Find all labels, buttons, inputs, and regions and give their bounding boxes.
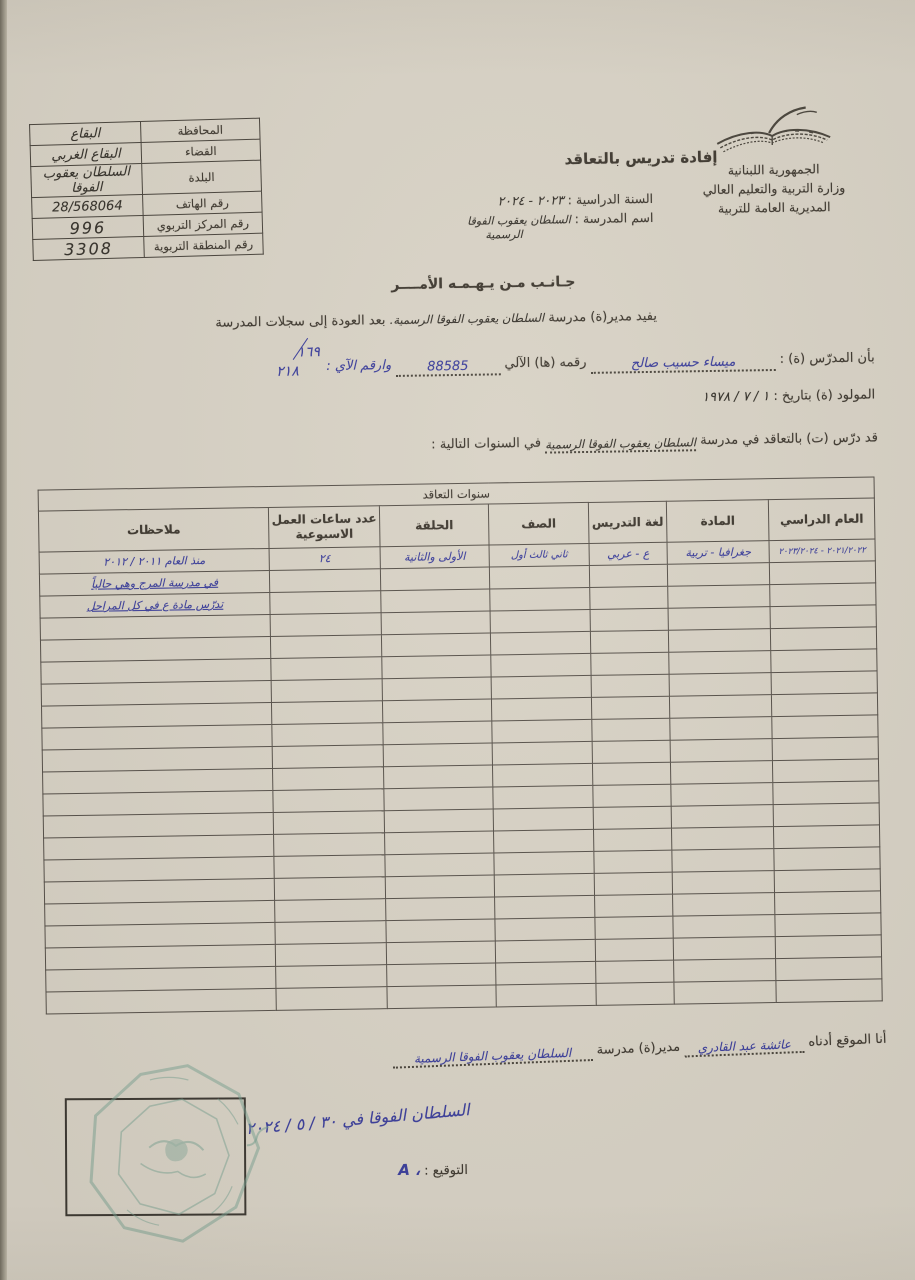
contract-cell xyxy=(273,811,384,835)
contract-years-table: سنوات التعاقد العام الدراسيالمادةلغة الت… xyxy=(38,476,883,1014)
contract-cell xyxy=(384,765,493,789)
contract-cell xyxy=(674,981,776,1005)
contract-cell xyxy=(270,635,381,659)
contract-cell xyxy=(593,784,671,807)
contract-cell xyxy=(276,965,387,989)
contract-cell xyxy=(775,913,881,937)
contract-cell xyxy=(385,875,494,899)
contract-cell: جغرافيا - تربية xyxy=(667,541,769,565)
contract-cell xyxy=(493,763,593,787)
contract-cell xyxy=(272,701,383,725)
contract-cell xyxy=(594,828,672,851)
contract-cell: ع - عربي xyxy=(589,542,667,565)
body-line-birthdate: المولود (ة) بتاريخ : ١ / ٧ / ١٩٧٨ xyxy=(702,387,875,405)
contract-cell xyxy=(771,649,877,673)
signature-mark: A ، xyxy=(398,1161,420,1179)
contract-cell xyxy=(595,938,673,961)
school-year-label: السنة الدراسية : xyxy=(568,191,654,207)
contract-cell xyxy=(387,963,496,987)
auto-number-label: رقمه (ها) الآلي xyxy=(504,355,586,371)
contract-cell xyxy=(770,583,876,607)
contract-cell xyxy=(771,693,877,717)
contract-cell xyxy=(776,979,882,1003)
contract-cell xyxy=(384,787,493,811)
contract-cell xyxy=(495,939,595,963)
contract-cell xyxy=(386,919,495,943)
birthdate-label: المولود (ة) بتاريخ : xyxy=(773,387,875,404)
contract-cell xyxy=(594,850,672,873)
contract-cell xyxy=(491,697,591,721)
contract-cell xyxy=(593,806,671,829)
principal-name: عائشة عبد القادري xyxy=(684,1038,804,1058)
auto-number-value: 88585 xyxy=(395,359,500,377)
contract-cell xyxy=(775,935,881,959)
contract-cell xyxy=(674,959,776,983)
contract-cell xyxy=(494,851,594,875)
contract-cell xyxy=(774,847,880,871)
contract-cell xyxy=(271,657,382,681)
certify-school-name: السلطان يعقوب الفوقا الرسمية. xyxy=(390,311,545,327)
contract-cell xyxy=(776,957,882,981)
contract-cell xyxy=(592,718,670,741)
scanned-document-photo: المحافظةالبقاعالقضاءالبقاع الغربيالبلدةا… xyxy=(0,0,915,1280)
declaration-mid: مدير(ة) مدرسة xyxy=(596,1040,680,1058)
school-name-value-second-line: الرسمية xyxy=(485,228,522,242)
contract-cell xyxy=(671,783,773,807)
contract-cell xyxy=(274,833,385,857)
contract-cell xyxy=(772,715,878,739)
contract-cell xyxy=(595,894,673,917)
contract-cell xyxy=(590,586,668,609)
contract-cell: ٢٠٢١/٢٠٢٢ - ٢٠٢٣/٢٠٢٤ xyxy=(769,539,875,563)
contract-cell xyxy=(770,605,876,629)
school-name-label: اسم المدرسة : xyxy=(575,210,654,226)
contract-cell xyxy=(667,563,769,587)
contract-cell xyxy=(271,679,382,703)
contract-cell xyxy=(771,671,877,695)
column-header: ملاحظات xyxy=(38,507,269,552)
contract-cell xyxy=(490,587,590,611)
contract-cell xyxy=(492,741,592,765)
school-name-value: السلطان يعقوب الفوقا xyxy=(467,213,571,228)
contract-cell xyxy=(593,762,671,785)
contract-cell xyxy=(669,695,771,719)
document-page: المحافظةالبقاعالقضاءالبقاع الغربيالبلدةا… xyxy=(0,0,915,1280)
contract-cell xyxy=(269,569,380,593)
contract-cell xyxy=(596,982,674,1005)
contract-cell xyxy=(381,611,490,635)
contract-cell xyxy=(591,652,669,675)
contract-cell xyxy=(275,899,386,923)
column-header: الحلقة xyxy=(379,504,489,547)
contract-cell xyxy=(595,916,673,939)
contract-cell xyxy=(491,653,591,677)
school-year-line: السنة الدراسية : ٢٠٢٣ - ٢٠٢٤ xyxy=(497,191,653,208)
page-title: إفادة تدريس بالتعاقد xyxy=(564,148,717,168)
contract-cell xyxy=(492,719,592,743)
contract-cell xyxy=(275,943,386,967)
contract-cell xyxy=(387,985,496,1009)
column-header: العام الدراسي xyxy=(768,498,875,541)
taught-school-name: السلطان يعقوب الفوقا الرسمية xyxy=(545,436,696,453)
contract-cell xyxy=(596,960,674,983)
contract-cell xyxy=(670,739,772,763)
contract-cell xyxy=(382,655,491,679)
contract-cell xyxy=(490,631,590,655)
contract-cell xyxy=(592,740,670,763)
contract-cell xyxy=(490,609,590,633)
school-year-value: ٢٠٢٣ - ٢٠٢٤ xyxy=(497,192,563,208)
contract-cell xyxy=(381,589,490,613)
contract-cell xyxy=(491,675,591,699)
certify-prefix: يفيد مدير(ة) مدرسة xyxy=(548,309,657,326)
contract-cell xyxy=(493,785,593,809)
contract-cell xyxy=(772,737,878,761)
contract-cell xyxy=(668,607,770,631)
octagonal-official-stamp-icon xyxy=(63,1043,282,1271)
column-header: المادة xyxy=(666,500,769,543)
contract-cell xyxy=(489,565,589,589)
contract-cell xyxy=(270,613,381,637)
contract-cell xyxy=(380,567,489,591)
school-name-line: اسم المدرسة : السلطان يعقوب الفوقا xyxy=(467,210,653,228)
contract-cell xyxy=(384,809,493,833)
contract-cell xyxy=(673,937,775,961)
footer-declaration-line: أنا الموقع أدناه عائشة عبد القادري مدير(… xyxy=(392,1032,887,1069)
contract-cell xyxy=(589,564,667,587)
taught-prefix: قد درّس (ت) بالتعاقد في مدرسة xyxy=(700,430,878,448)
contract-cell xyxy=(673,915,775,939)
contract-cell xyxy=(385,853,494,877)
contract-cell xyxy=(386,897,495,921)
contract-cell xyxy=(274,855,385,879)
certify-suffix: بعد العودة إلى سجلات المدرسة xyxy=(215,313,385,331)
contract-cell xyxy=(672,849,774,873)
info-label: رقم المنطقة التربوية xyxy=(144,233,264,257)
taught-suffix: في السنوات التالية : xyxy=(431,436,541,453)
signature-line: التوقيع : A ، xyxy=(398,1160,468,1179)
contract-cell xyxy=(272,723,383,747)
contract-cell xyxy=(495,895,595,919)
contract-cell xyxy=(668,585,770,609)
admin-info-table: المحافظةالبقاعالقضاءالبقاع الغربيالبلدةا… xyxy=(29,118,264,261)
contract-cell xyxy=(275,921,386,945)
ministry-line-directorate: المديرية العامة للتربية xyxy=(664,197,884,219)
contract-cell xyxy=(385,831,494,855)
body-line-taught: قد درّس (ت) بالتعاقد في مدرسة السلطان يع… xyxy=(431,430,878,455)
contract-cell xyxy=(270,591,381,615)
contract-cell xyxy=(493,807,593,831)
contract-cell xyxy=(386,941,495,965)
salutation: جـانـب مـن يـهـمـه الأمــــر xyxy=(391,274,575,293)
declaration-prefix: أنا الموقع أدناه xyxy=(808,1032,887,1050)
contract-cell xyxy=(773,781,879,805)
contract-cell xyxy=(496,983,596,1007)
contract-cell xyxy=(46,988,276,1014)
ref-number-label: وارقم الآي : xyxy=(326,358,391,374)
contract-cell xyxy=(494,873,594,897)
contract-cell xyxy=(276,987,387,1011)
contract-cell xyxy=(673,893,775,917)
ref-number-fraction: ١٦٩ ٢١٨ xyxy=(276,354,322,377)
contract-cell xyxy=(272,745,383,769)
contract-cell xyxy=(670,717,772,741)
contract-cell: ثاني ثالث أول xyxy=(489,543,589,567)
contract-cell xyxy=(383,699,492,723)
ref-number-bottom: ٢١٨ xyxy=(276,363,299,379)
contract-cell xyxy=(591,696,669,719)
contract-cell xyxy=(669,651,771,675)
contract-cell xyxy=(671,761,773,785)
signature-label: التوقيع : xyxy=(424,1163,468,1179)
contract-cell xyxy=(773,803,879,827)
contract-cell xyxy=(774,869,880,893)
contract-cell xyxy=(590,630,668,653)
contract-cell xyxy=(774,825,880,849)
column-header: لغة التدريس xyxy=(588,501,667,543)
contract-cell xyxy=(590,608,668,631)
footer-school-name: السلطان يعقوب الفوقا الرسمية xyxy=(392,1046,592,1069)
birthdate-value: ١ / ٧ / ١٩٧٨ xyxy=(702,389,769,405)
info-label: البلدة xyxy=(142,160,262,194)
contract-cell: ٢٤ xyxy=(269,547,380,571)
photo-edge xyxy=(0,0,7,1280)
contract-cell xyxy=(273,767,384,791)
place-and-date-line: السلطان الفوقا في ٣٠ / ٥ / ٢٠٢٤ xyxy=(245,1100,470,1138)
teacher-name: ميساء حسيب صالح xyxy=(591,355,776,374)
contract-cell xyxy=(668,629,770,653)
contract-cell xyxy=(381,633,490,657)
body-line-teacher: بأن المدرّس (ة) : ميساء حسيب صالح رقمه (… xyxy=(276,345,875,379)
contract-cell: الأولى والثانية xyxy=(380,545,489,569)
body-line-certify: يفيد مدير(ة) مدرسة السلطان يعقوب الفوقا … xyxy=(215,309,657,331)
contract-cell xyxy=(672,871,774,895)
contract-cell xyxy=(273,789,384,813)
contract-cell xyxy=(495,917,595,941)
contract-cell xyxy=(274,877,385,901)
teacher-label: بأن المدرّس (ة) : xyxy=(780,350,875,366)
open-book-calligraphy-logo-icon xyxy=(709,104,838,160)
contract-cell xyxy=(772,759,878,783)
contract-cell xyxy=(383,743,492,767)
contract-cell xyxy=(769,561,875,585)
contract-cell xyxy=(669,673,771,697)
contract-cell xyxy=(775,891,881,915)
contract-cell xyxy=(770,627,876,651)
info-value: 3308 xyxy=(33,236,145,260)
contract-cell xyxy=(494,829,594,853)
contract-cell xyxy=(591,674,669,697)
contract-cell xyxy=(496,961,596,985)
contract-cell xyxy=(594,872,672,895)
contract-cell xyxy=(671,805,773,829)
column-header: الصف xyxy=(488,502,589,545)
contract-cell xyxy=(382,677,491,701)
info-value: السلطان يعقوب الفوقا xyxy=(31,163,143,197)
contract-cell xyxy=(383,721,492,745)
contract-cell xyxy=(672,827,774,851)
column-header: عدد ساعات العمل الاسبوعية xyxy=(268,506,380,549)
